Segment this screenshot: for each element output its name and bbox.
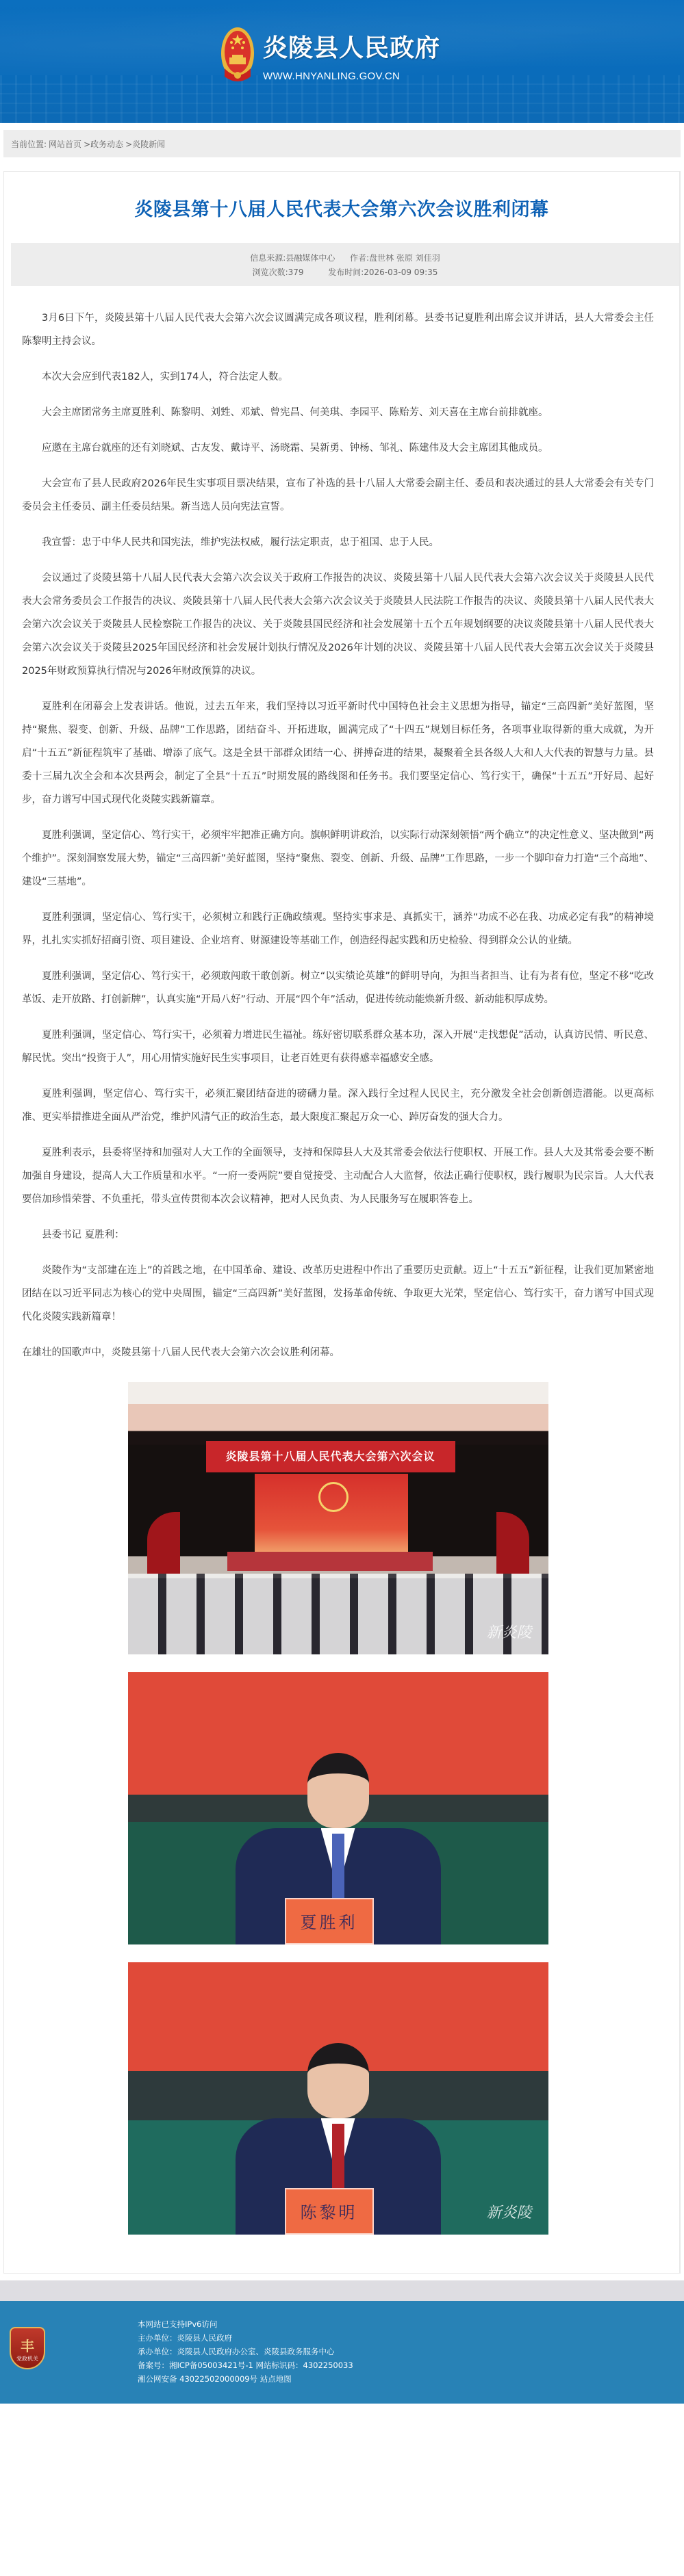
article-body: 3月6日下午，炎陵县第十八届人民代表大会第六次会议圆满完成各项议程，胜利闭幕。县… (4, 286, 679, 2235)
speaker-caption: 县委书记 夏胜利： (22, 1223, 654, 1247)
party-government-badge-icon[interactable]: 丰 党政机关 (10, 2327, 45, 2369)
author-value: 盘世林 张原 刘佳羽 (369, 253, 440, 263)
photo-watermark: 新炎陵 (486, 2201, 531, 2222)
paragraph: 大会宣布了县人民政府2026年民生实事项目票决结果，宣布了补选的县十八届人大常委… (22, 472, 654, 519)
photo-watermark: 新炎陵 (486, 1621, 531, 1642)
ipv6-notice: 本网站已支持IPv6访问 (138, 2317, 353, 2331)
published-time: 2026-03-09 09:35 (364, 268, 438, 277)
stage-curtain-right (496, 1512, 529, 1574)
icp-record[interactable]: 备案号：湘ICP备05003421号-1 网站标识码：4302250033 (138, 2358, 353, 2372)
sitemap-link[interactable]: 站点地图 (260, 2374, 292, 2384)
paragraph: 3月6日下午，炎陵县第十八届人民代表大会第六次会议圆满完成各项议程，胜利闭幕。县… (22, 307, 654, 353)
breadcrumb-news-section-link[interactable]: >政务动态 (84, 138, 123, 150)
breadcrumb-label: 当前位置: (11, 138, 47, 150)
site-header-banner: 炎陵县人民政府 WWW.HNYANLING.GOV.CN (0, 0, 684, 123)
paragraph: 夏胜利强调，坚定信心、笃行实干，必须汇聚团结奋进的磅礴力量。深入践行全过程人民民… (22, 1082, 654, 1129)
paragraph: 夏胜利表示，县委将坚持和加强对人大工作的全面领导，支持和保障县人大及其常委会依法… (22, 1141, 654, 1211)
paragraph: 应邀在主席台就座的还有刘晓斌、古友发、戴诗平、汤晓霜、吴新勇、钟杨、邹礼、陈建伟… (22, 437, 654, 460)
paragraph: 炎陵作为“支部建在连上”的首践之地，在中国革命、建设、改革历史进程中作出了重要历… (22, 1259, 654, 1329)
sponsor-info: 主办单位：炎陵县人民政府 (138, 2331, 353, 2345)
views-label: 浏览次数: (253, 268, 288, 277)
stage-emblem-icon (318, 1482, 349, 1512)
footer-info: 本网站已支持IPv6访问 主办单位：炎陵县人民政府 承办单位：炎陵县人民政府办公… (138, 2317, 353, 2386)
nameplate: 夏胜利 (285, 1898, 374, 1944)
paragraph: 本次大会应到代表182人，实到174人，符合法定人数。 (22, 365, 654, 389)
badge-label: 党政机关 (16, 2355, 38, 2363)
closing-paragraph: 在雄壮的国歌声中，炎陵县第十八届人民代表大会第六次会议胜利闭幕。 (22, 1341, 654, 1364)
nameplate: 陈黎明 (285, 2188, 374, 2235)
site-brand[interactable]: 炎陵县人民政府 WWW.HNYANLING.GOV.CN (220, 23, 440, 92)
published-label: 发布时间: (328, 268, 364, 277)
breadcrumb-home-link[interactable]: 网站首页 (49, 138, 81, 150)
paragraph: 夏胜利强调，坚定信心、笃行实干，必须树立和践行正确政绩观。坚持实事求是、真抓实干… (22, 906, 654, 952)
paragraph: 夏胜利强调，坚定信心、笃行实干，必须着力增进民生福祉。练好密切联系群众基本功，深… (22, 1024, 654, 1070)
paragraph: 夏胜利在闭幕会上发表讲话。他说，过去五年来，我们坚持以习近平新时代中国特色社会主… (22, 695, 654, 811)
venue-photo: 炎陵县第十八届人民代表大会第六次会议 新炎陵 (128, 1382, 548, 1654)
paragraph: 大会主席团常务主席夏胜利、陈黎明、刘甡、邓斌、曾宪昌、何美琪、李园平、陈贻芳、刘… (22, 401, 654, 424)
article-meta: 信息来源:县融媒体中心 作者:盘世林 张原 刘佳羽 浏览次数:379 发布时间:… (11, 243, 679, 286)
views-count: 379 (288, 268, 304, 277)
breadcrumb-local-news-link[interactable]: >炎陵新闻 (125, 138, 165, 150)
source-value: 县融媒体中心 (286, 253, 335, 263)
article-card: 炎陵县第十八届人民代表大会第六次会议胜利闭幕 信息来源:县融媒体中心 作者:盘世… (3, 171, 681, 2274)
author-label: 作者: (350, 253, 369, 263)
organizer-info: 承办单位：炎陵县人民政府办公室、炎陵县政务服务中心 (138, 2345, 353, 2358)
rostrum-table (227, 1552, 433, 1571)
site-url: WWW.HNYANLING.GOV.CN (263, 70, 440, 82)
paragraph: 会议通过了炎陵县第十八届人民代表大会第六次会议关于政府工作报告的决议、炎陵县第十… (22, 567, 654, 683)
stage-banner: 炎陵县第十八届人民代表大会第六次会议 (206, 1441, 455, 1472)
paragraph: 夏胜利强调，坚定信心、笃行实干，必须敢闯敢干敢创新。树立“以实绩论英雄”的鲜明导… (22, 965, 654, 1011)
stage-curtain-left (147, 1512, 180, 1574)
police-record-link[interactable]: 湘公网安备 43022502000009号 (138, 2374, 257, 2384)
audience-seats (128, 1574, 548, 1654)
paragraph: 夏胜利强调，坚定信心、笃行实干，必须牢牢把准正确方向。旗帜鲜明讲政治，以实际行动… (22, 824, 654, 894)
site-title: 炎陵县人民政府 (263, 34, 440, 64)
speaker-photo-xia: 夏胜利 (128, 1672, 548, 1944)
stage-backdrop (255, 1474, 408, 1553)
footer-separator (0, 2280, 684, 2301)
oath-paragraph: 我宣誓：忠于中华人民共和国宪法，维护宪法权威，履行法定职责，忠于祖国、忠于人民。 (22, 531, 654, 554)
source-label: 信息来源: (250, 253, 286, 263)
breadcrumb: 当前位置: 网站首页 >政务动态 >炎陵新闻 (3, 130, 681, 157)
speaker-photo-chen: 陈黎明 新炎陵 (128, 1962, 548, 2235)
article-title: 炎陵县第十八届人民代表大会第六次会议胜利闭幕 (4, 196, 679, 224)
national-emblem-icon (220, 23, 255, 92)
site-footer: 丰 党政机关 本网站已支持IPv6访问 主办单位：炎陵县人民政府 承办单位：炎陵… (0, 2301, 684, 2404)
